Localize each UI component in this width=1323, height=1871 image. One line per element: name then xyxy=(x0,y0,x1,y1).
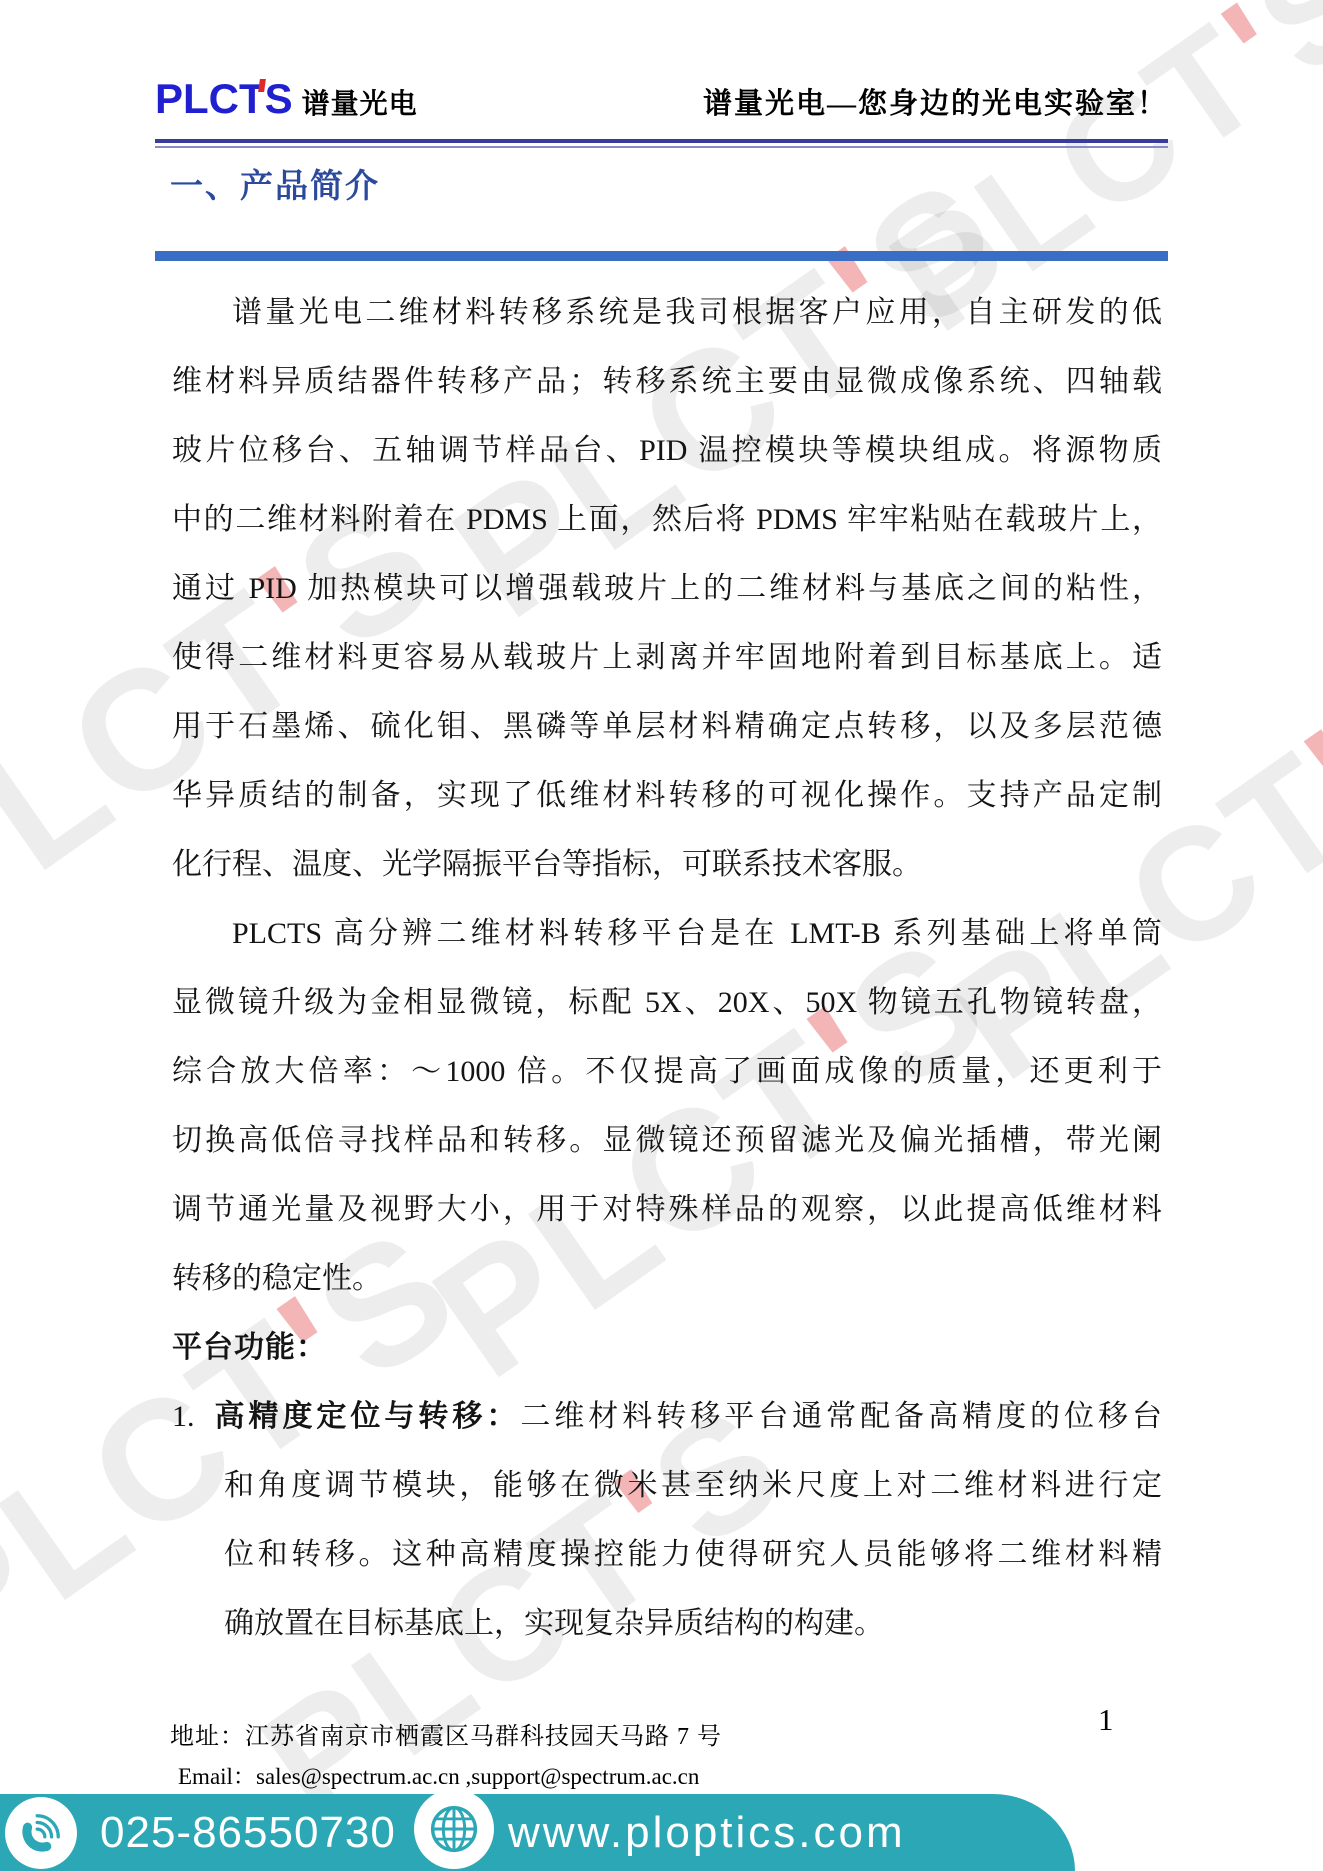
list-number: 1. xyxy=(172,1400,195,1433)
company-logo: PLCTS 谱量光电 xyxy=(155,78,418,122)
email-label: Email： xyxy=(178,1764,256,1789)
body-line: 综合放大倍率：～1000 倍。不仅提高了画面成像的质量，还更利于 xyxy=(172,1037,1162,1106)
list-item-bold-lead: 高精度定位与转移： xyxy=(211,1400,521,1433)
body-line: 维材料异质结器件转移产品；转移系统主要由显微成像系统、四轴载 xyxy=(172,347,1162,416)
list-item-text: 二维材料转移平台通常配备高精度的位移台 xyxy=(520,1400,1162,1433)
page-number: 1 xyxy=(1098,1702,1114,1738)
platform-functions-heading: 平台功能： xyxy=(172,1313,1162,1382)
body-line: 华异质结的制备，实现了低维材料转移的可视化操作。支持产品定制 xyxy=(172,761,1162,830)
logo-wordmark: PLCTS xyxy=(155,78,293,120)
body-line: 玻片位移台、五轴调节样品台、PID 温控模块等模块组成。将源物质 xyxy=(172,416,1162,485)
list-item-1-line: 确放置在目标基底上，实现复杂异质结构的构建。 xyxy=(172,1589,1162,1658)
globe-icon-circle xyxy=(414,1789,494,1869)
phone-icon-circle xyxy=(5,1797,77,1869)
document-page: PLCT'S PLCT'S PLCT'S PLCT'S PLCT'S PLCT'… xyxy=(0,0,1323,1871)
footer-email: Email：sales@spectrum.ac.cn ,support@spec… xyxy=(178,1758,699,1791)
body-line: 切换高低倍寻找样品和转移。显微镜还预留滤光及偏光插槽，带光阑 xyxy=(172,1106,1162,1175)
phone-number: 025-86550730 xyxy=(100,1808,396,1858)
body-line: 通过 PID 加热模块可以增强载玻片上的二维材料与基底之间的粘性， xyxy=(172,554,1162,623)
page-header: PLCTS 谱量光电 谱量光电—您身边的光电实验室！ xyxy=(155,78,1168,122)
watermark-text: S xyxy=(1228,0,1323,106)
footer-address: 地址：江苏省南京市栖霞区马群科技园天马路 7 号 xyxy=(170,1716,722,1751)
watermark-apostrophe: ' xyxy=(1195,0,1323,129)
body-line: 化行程、温度、光学隔振平台等指标，可联系技术客服。 xyxy=(172,830,1162,899)
body-line: 使得二维材料更容易从载玻片上剥离并牢固地附着到目标基底上。适 xyxy=(172,623,1162,692)
section-title-underline-bar xyxy=(155,251,1168,261)
body-line: 显微镜升级为金相显微镜，标配 5X、20X、50X 物镜五孔物镜转盘， xyxy=(172,968,1162,1037)
list-item-1-line: 1.高精度定位与转移：二维材料转移平台通常配备高精度的位移台 xyxy=(172,1382,1162,1451)
website-url: www.ploptics.com xyxy=(508,1808,906,1858)
email-addresses: sales@spectrum.ac.cn ,support@spectrum.a… xyxy=(256,1764,699,1789)
body-content: 谱量光电二维材料转移系统是我司根据客户应用，自主研发的低 维材料异质结器件转移产… xyxy=(172,278,1162,1658)
phone-icon xyxy=(18,1810,64,1856)
body-line: 调节通光量及视野大小，用于对特殊样品的观察，以此提高低维材料 xyxy=(172,1175,1162,1244)
section-title: 一、产品简介 xyxy=(170,160,380,207)
header-divider xyxy=(155,139,1168,148)
body-line: 谱量光电二维材料转移系统是我司根据客户应用，自主研发的低 xyxy=(172,278,1162,347)
body-line: PLCTS 高分辨二维材料转移平台是在 LMT-B 系列基础上将单筒 xyxy=(172,899,1162,968)
body-line: 用于石墨烯、硫化钼、黑磷等单层材料精确定点转移，以及多层范德 xyxy=(172,692,1162,761)
list-item-1-line: 和角度调节模块，能够在微米甚至纳米尺度上对二维材料进行定 xyxy=(172,1451,1162,1520)
body-line: 中的二维材料附着在 PDMS 上面，然后将 PDMS 牢牢粘贴在载玻片上， xyxy=(172,485,1162,554)
header-tagline: 谱量光电—您身边的光电实验室！ xyxy=(703,81,1168,122)
logo-chinese-name: 谱量光电 xyxy=(302,82,418,122)
watermark-text: S xyxy=(1311,630,1323,840)
list-item-1-line: 位和转移。这种高精度操控能力使得研究人员能够将二维材料精 xyxy=(172,1520,1162,1589)
globe-icon xyxy=(427,1802,481,1856)
contact-bar: 025-86550730 www.ploptics.com xyxy=(0,1794,1075,1871)
body-line: 转移的稳定性。 xyxy=(172,1244,1162,1313)
watermark-apostrophe: ' xyxy=(1277,694,1323,865)
